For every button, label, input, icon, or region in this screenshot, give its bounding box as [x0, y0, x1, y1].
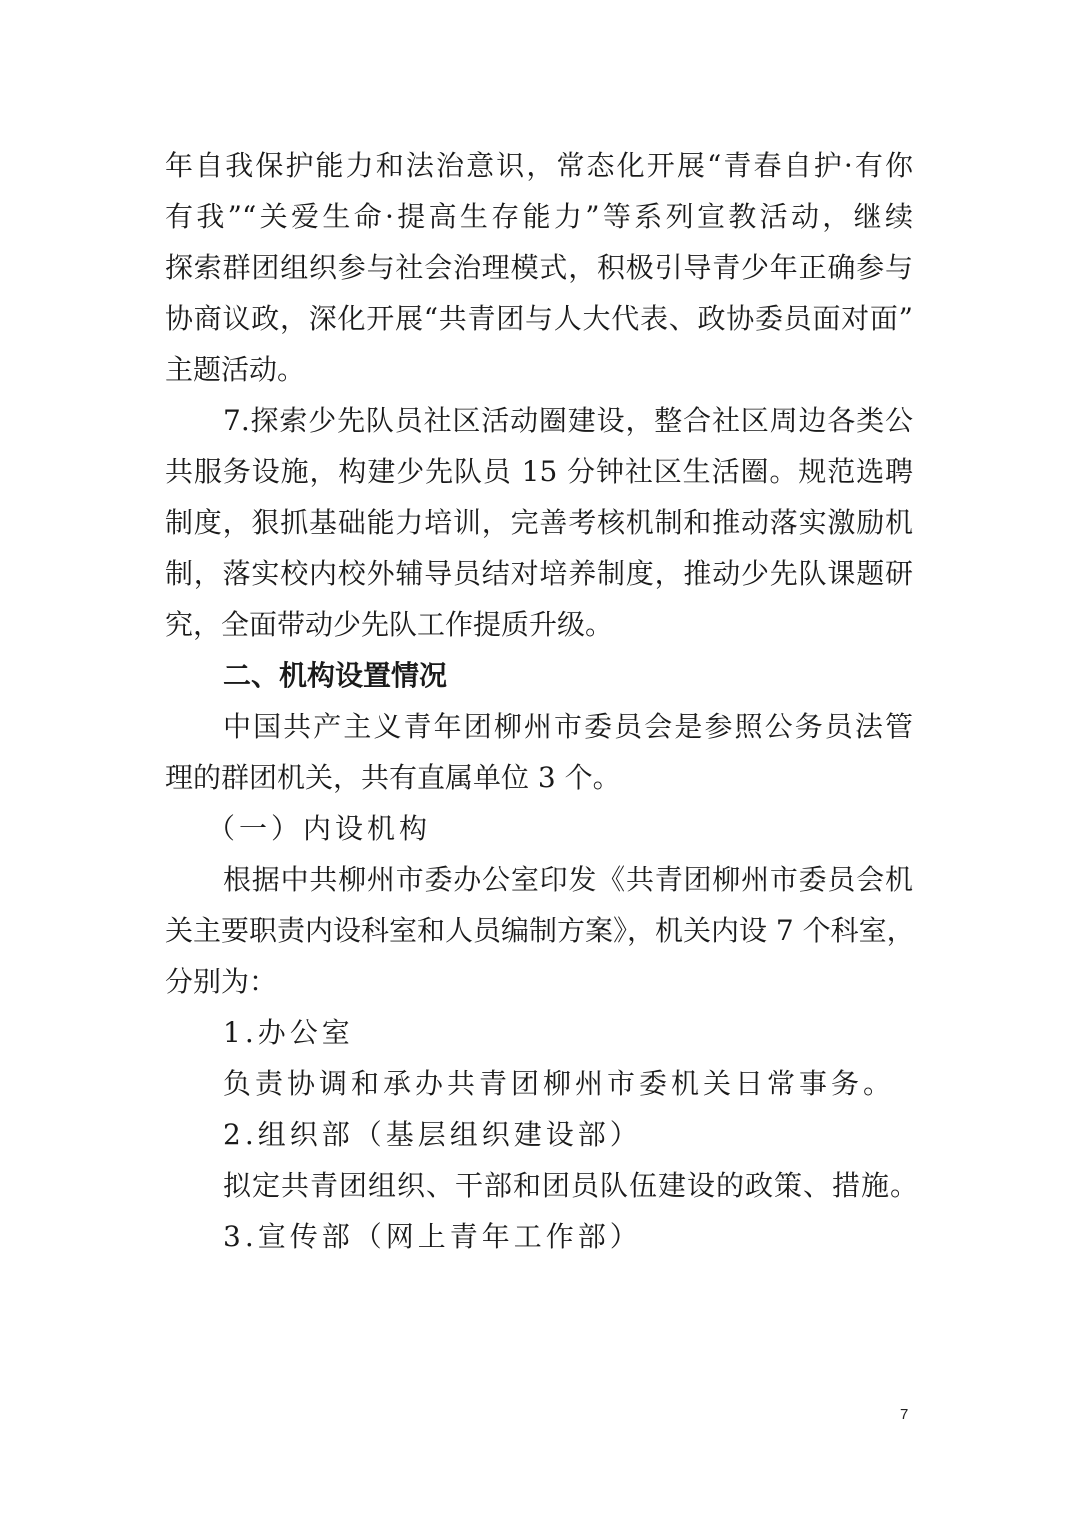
text-line: 探索群团组织参与社会治理模式，积极引导青少年正确参与: [165, 242, 913, 293]
text-line: 有我”“关爱生命·提高生存能力”等系列宣教活动，继续: [165, 191, 913, 242]
page-number: 7: [900, 1406, 908, 1423]
text-line: 分别为：: [165, 956, 913, 1007]
paragraph-continued: 年自我保护能力和法治意识，常态化开展“青春自护·有你 有我”“关爱生命·提高生存…: [165, 140, 913, 395]
department-description: 负责协调和承办共青团柳州市委机关日常事务。: [165, 1058, 913, 1109]
text-line: 制度，狠抓基础能力培训，完善考核机制和推动落实激励机: [165, 497, 913, 548]
document-body: 年自我保护能力和法治意识，常态化开展“青春自护·有你 有我”“关爱生命·提高生存…: [165, 140, 913, 1262]
document-page: 年自我保护能力和法治意识，常态化开展“青春自护·有你 有我”“关爱生命·提高生存…: [0, 0, 1075, 1520]
text-line: 中国共产主义青年团柳州市委员会是参照公务员法管: [165, 701, 913, 752]
text-line: 制，落实校内校外辅导员结对培养制度，推动少先队课题研: [165, 548, 913, 599]
department-title: 2.组织部（基层组织建设部）: [165, 1109, 913, 1160]
intro-paragraph: 中国共产主义青年团柳州市委员会是参照公务员法管 理的群团机关，共有直属单位 3 …: [165, 701, 913, 803]
text-line: 共服务设施，构建少先队员 15 分钟社区生活圈。规范选聘: [165, 446, 913, 497]
basis-paragraph: 根据中共柳州市委办公室印发《共青团柳州市委员会机 关主要职责内设科室和人员编制方…: [165, 854, 913, 1007]
text-line: 根据中共柳州市委办公室印发《共青团柳州市委员会机: [165, 854, 913, 905]
text-line: 7.探索少先队员社区活动圈建设，整合社区周边各类公: [165, 395, 913, 446]
department-list: 1.办公室 负责协调和承办共青团柳州市委机关日常事务。 2.组织部（基层组织建设…: [165, 1007, 913, 1262]
item-7-paragraph: 7.探索少先队员社区活动圈建设，整合社区周边各类公 共服务设施，构建少先队员 1…: [165, 395, 913, 650]
text-line: 究，全面带动少先队工作提质升级。: [165, 599, 913, 650]
department-title: 3.宣传部（网上青年工作部）: [165, 1211, 913, 1262]
text-line: 协商议政，深化开展“共青团与人大代表、政协委员面对面”: [165, 293, 913, 344]
section-heading: 二、机构设置情况: [165, 650, 913, 701]
department-description: 拟定共青团组织、干部和团员队伍建设的政策、措施。: [165, 1160, 913, 1211]
text-line: 理的群团机关，共有直属单位 3 个。: [165, 752, 913, 803]
text-line: 主题活动。: [165, 344, 913, 395]
subsection-heading: （一）内设机构: [165, 803, 913, 854]
text-line: 关主要职责内设科室和人员编制方案》，机关内设 7 个科室，: [165, 905, 913, 956]
text-line: 年自我保护能力和法治意识，常态化开展“青春自护·有你: [165, 140, 913, 191]
department-title: 1.办公室: [165, 1007, 913, 1058]
